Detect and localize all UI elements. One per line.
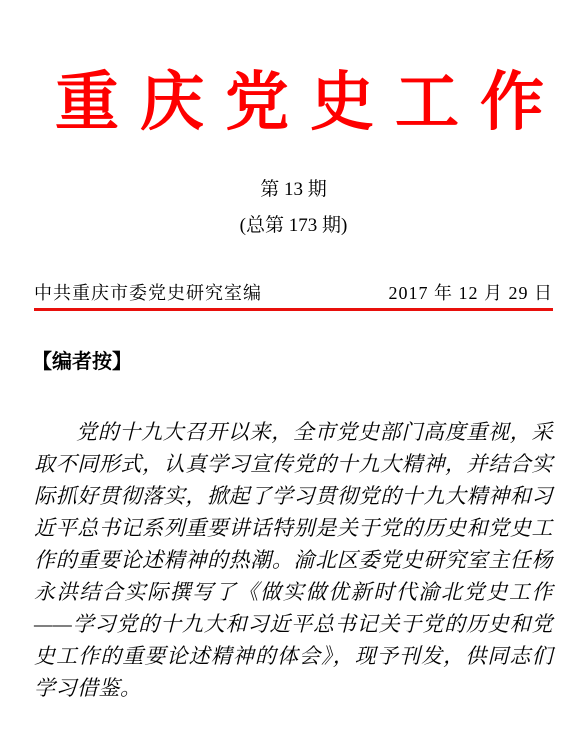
total-issue-number: (总第 173 期) bbox=[34, 214, 553, 238]
publication-date: 2017 年 12 月 29 日 bbox=[389, 282, 554, 304]
publication-info-row: 中共重庆市委党史研究室编 2017 年 12 月 29 日 bbox=[34, 282, 553, 311]
page-content: 重庆党史工作 第 13 期 (总第 173 期) 中共重庆市委党史研究室编 20… bbox=[0, 68, 585, 704]
editor-note-heading: 【编者按】 bbox=[32, 349, 553, 375]
bulletin-page: 重庆党史工作 第 13 期 (总第 173 期) 中共重庆市委党史研究室编 20… bbox=[0, 0, 585, 743]
masthead-title: 重庆党史工作 bbox=[34, 68, 553, 138]
issue-number: 第 13 期 bbox=[34, 178, 553, 202]
editor-note-body: 党的十九大召开以来，全市党史部门高度重视，采取不同形式，认真学习宣传党的十九大精… bbox=[34, 416, 553, 704]
publisher-name: 中共重庆市委党史研究室编 bbox=[34, 282, 262, 304]
